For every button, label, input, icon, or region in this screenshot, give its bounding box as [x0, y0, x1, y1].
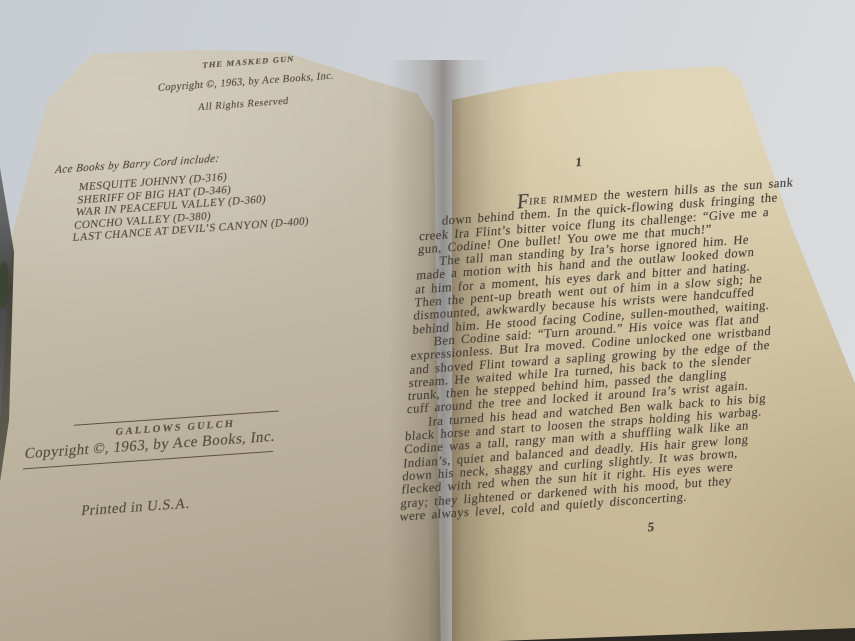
open-book-photo: THE MASKED GUN Copyright ©, 1963, by Ace…: [0, 0, 855, 641]
chapter-text-block: 1 FIRE RIMMED the western hills as the s…: [397, 137, 836, 553]
book-cover-edge: [0, 262, 9, 308]
